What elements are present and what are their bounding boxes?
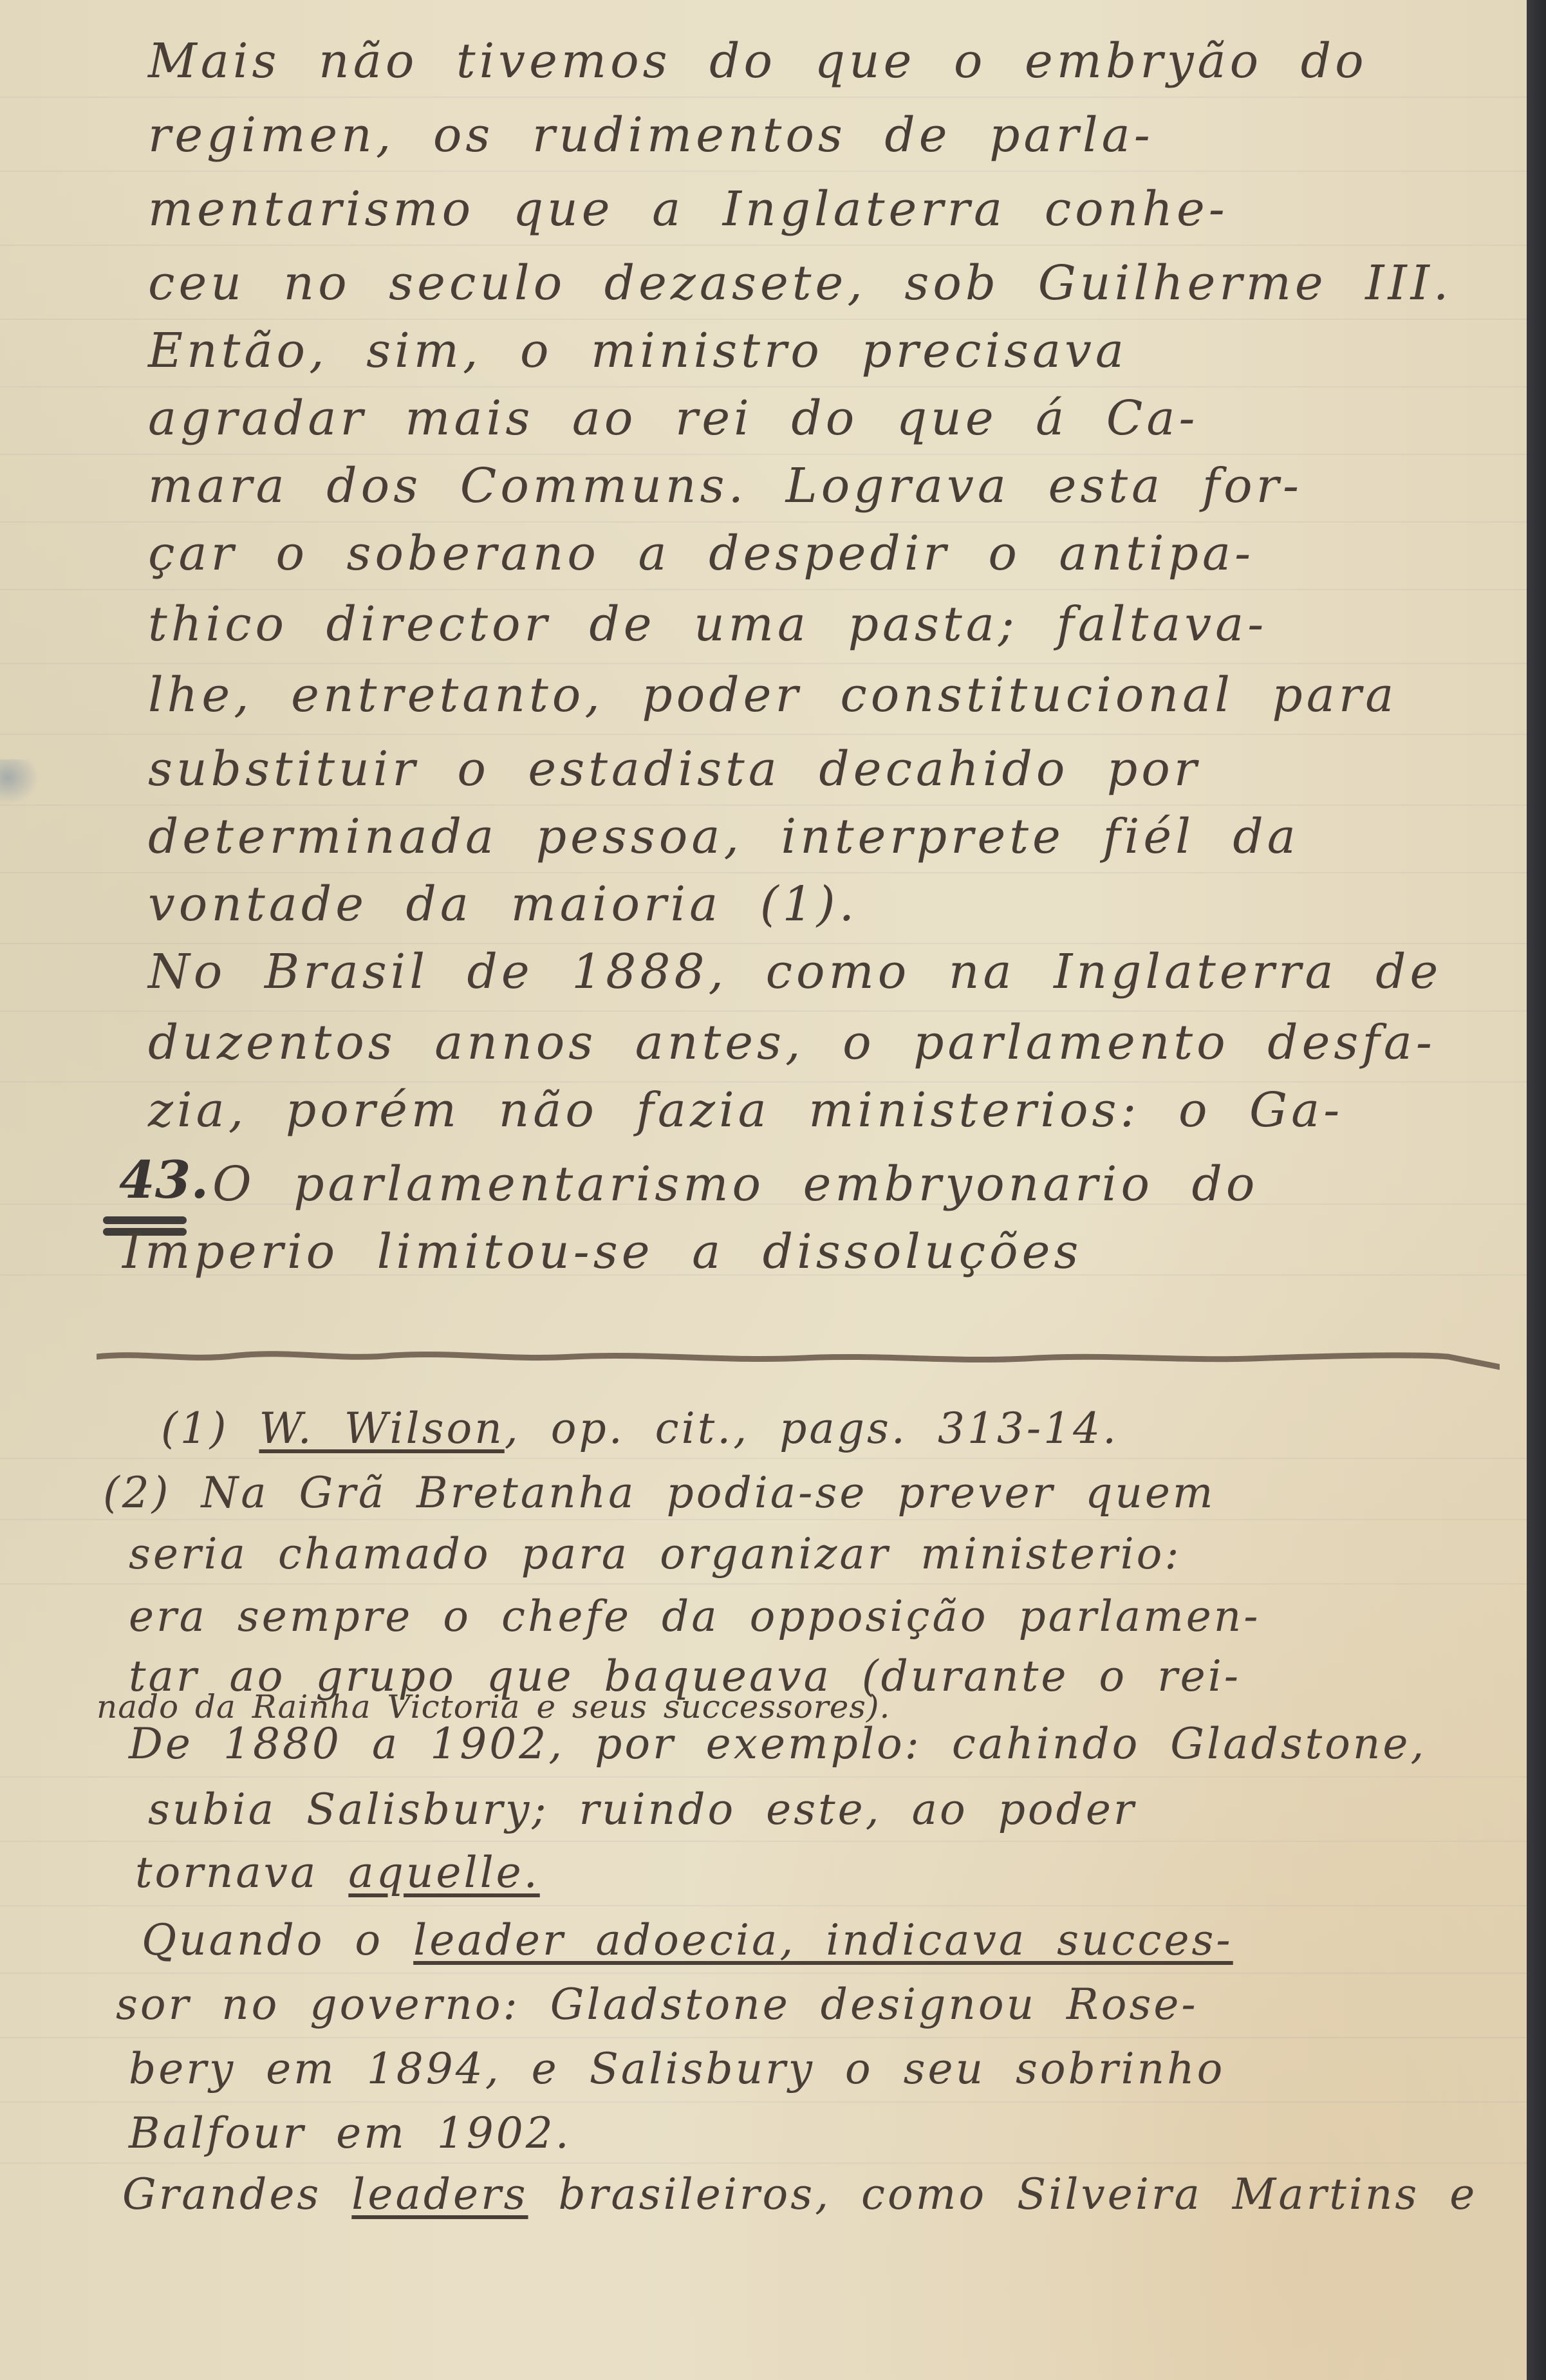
- footnote-1: (1) W. Wilson, op. cit., pags. 313-14.: [161, 1397, 1519, 1461]
- footnote-author: W. Wilson: [259, 1404, 504, 1453]
- body-line: substituir o estadista decahido por: [148, 737, 1506, 801]
- ruled-line: [0, 97, 1527, 98]
- section-number: 43.: [119, 1149, 209, 1210]
- manuscript-page: Mais não tivemos do que o embryão do reg…: [0, 0, 1527, 2380]
- footnote-underlined-leader: leader adoecia, indicava succes-: [413, 1915, 1233, 1965]
- footnote-2-line: Quando o leader adoecia, indicava succes…: [142, 1908, 1500, 1973]
- paper-stain: [0, 759, 39, 804]
- footnote-word: brasileiros, como Silveira Martins e: [559, 2170, 1478, 2219]
- body-line: çar o soberano a despedir o antipa-: [148, 521, 1506, 586]
- body-line: mara dos Communs. Lograva esta for-: [148, 454, 1506, 518]
- ruled-line: [0, 734, 1527, 735]
- footnote-2-line: seria chamado para organizar ministerio:: [129, 1522, 1487, 1586]
- ruled-line: [0, 589, 1527, 590]
- footnote-marker: (1): [161, 1404, 229, 1453]
- footnote-underlined-word: aquelle.: [348, 1848, 539, 1897]
- body-line: mentarismo que a Inglaterra conhe-: [148, 177, 1506, 241]
- ruled-line: [0, 245, 1527, 246]
- scan-edge: [1527, 0, 1546, 2380]
- footnote-word: tornava: [135, 1848, 318, 1897]
- body-line: Então, sim, o ministro precisava: [148, 319, 1506, 383]
- body-line: ceu no seculo dezasete, sob Guilherme II…: [148, 251, 1506, 315]
- body-line: duzentos annos antes, o parlamento desfa…: [148, 1010, 1506, 1075]
- body-line: determinada pessoa, interprete fiél da: [148, 804, 1506, 869]
- footnote-2-line: subia Salisbury; ruindo este, ao poder: [148, 1778, 1506, 1842]
- section-heading-line: Imperio limitou-se a dissoluções: [122, 1220, 1480, 1284]
- body-line: zia, porém não fazia ministerios: o Ga-: [148, 1078, 1506, 1142]
- footnote-2-line: tornava aquelle.: [135, 1841, 1493, 1905]
- footnote-underlined-word: leaders: [351, 2170, 528, 2219]
- footnote-2-line: bery em 1894, e Salisbury o seu sobrinho: [129, 2037, 1487, 2101]
- body-line: Mais não tivemos do que o embryão do: [148, 29, 1506, 93]
- body-line: regimen, os rudimentos de parla-: [148, 103, 1506, 167]
- ruled-line: [0, 171, 1527, 172]
- body-line: vontade da maioria (1).: [148, 872, 1506, 936]
- body-line: No Brasil de 1888, como na Inglaterra de: [148, 940, 1506, 1004]
- footnote-word: Grandes: [122, 2170, 321, 2219]
- footnote-2-line: De 1880 a 1902, por exemplo: cahindo Gla…: [129, 1712, 1487, 1776]
- footnote-2-line: Grandes leaders brasileiros, como Silvei…: [122, 2162, 1480, 2227]
- footnote-2-line: (2) Na Grã Bretanha podia-se prever quem: [103, 1461, 1461, 1525]
- footnote-separator: [97, 1339, 1500, 1377]
- footnote-2-line: Balfour em 1902.: [129, 2101, 1487, 2166]
- footnote-2-line: sor no governo: Gladstone designou Rose-: [116, 1973, 1474, 2037]
- section-heading-line: O parlamentarismo embryonario do: [212, 1152, 1546, 1216]
- body-line: agradar mais ao rei do que á Ca-: [148, 386, 1506, 451]
- footnote-word: Quando o: [142, 1915, 383, 1965]
- body-line: lhe, entretanto, poder constitucional pa…: [148, 663, 1506, 727]
- body-line: thico director de uma pasta; faltava-: [148, 592, 1506, 656]
- footnote-2-line: era sempre o chefe da opposição parlamen…: [129, 1585, 1487, 1649]
- footnote-citation: , op. cit., pags. 313-14.: [505, 1404, 1119, 1453]
- ruled-line: [0, 1905, 1527, 1906]
